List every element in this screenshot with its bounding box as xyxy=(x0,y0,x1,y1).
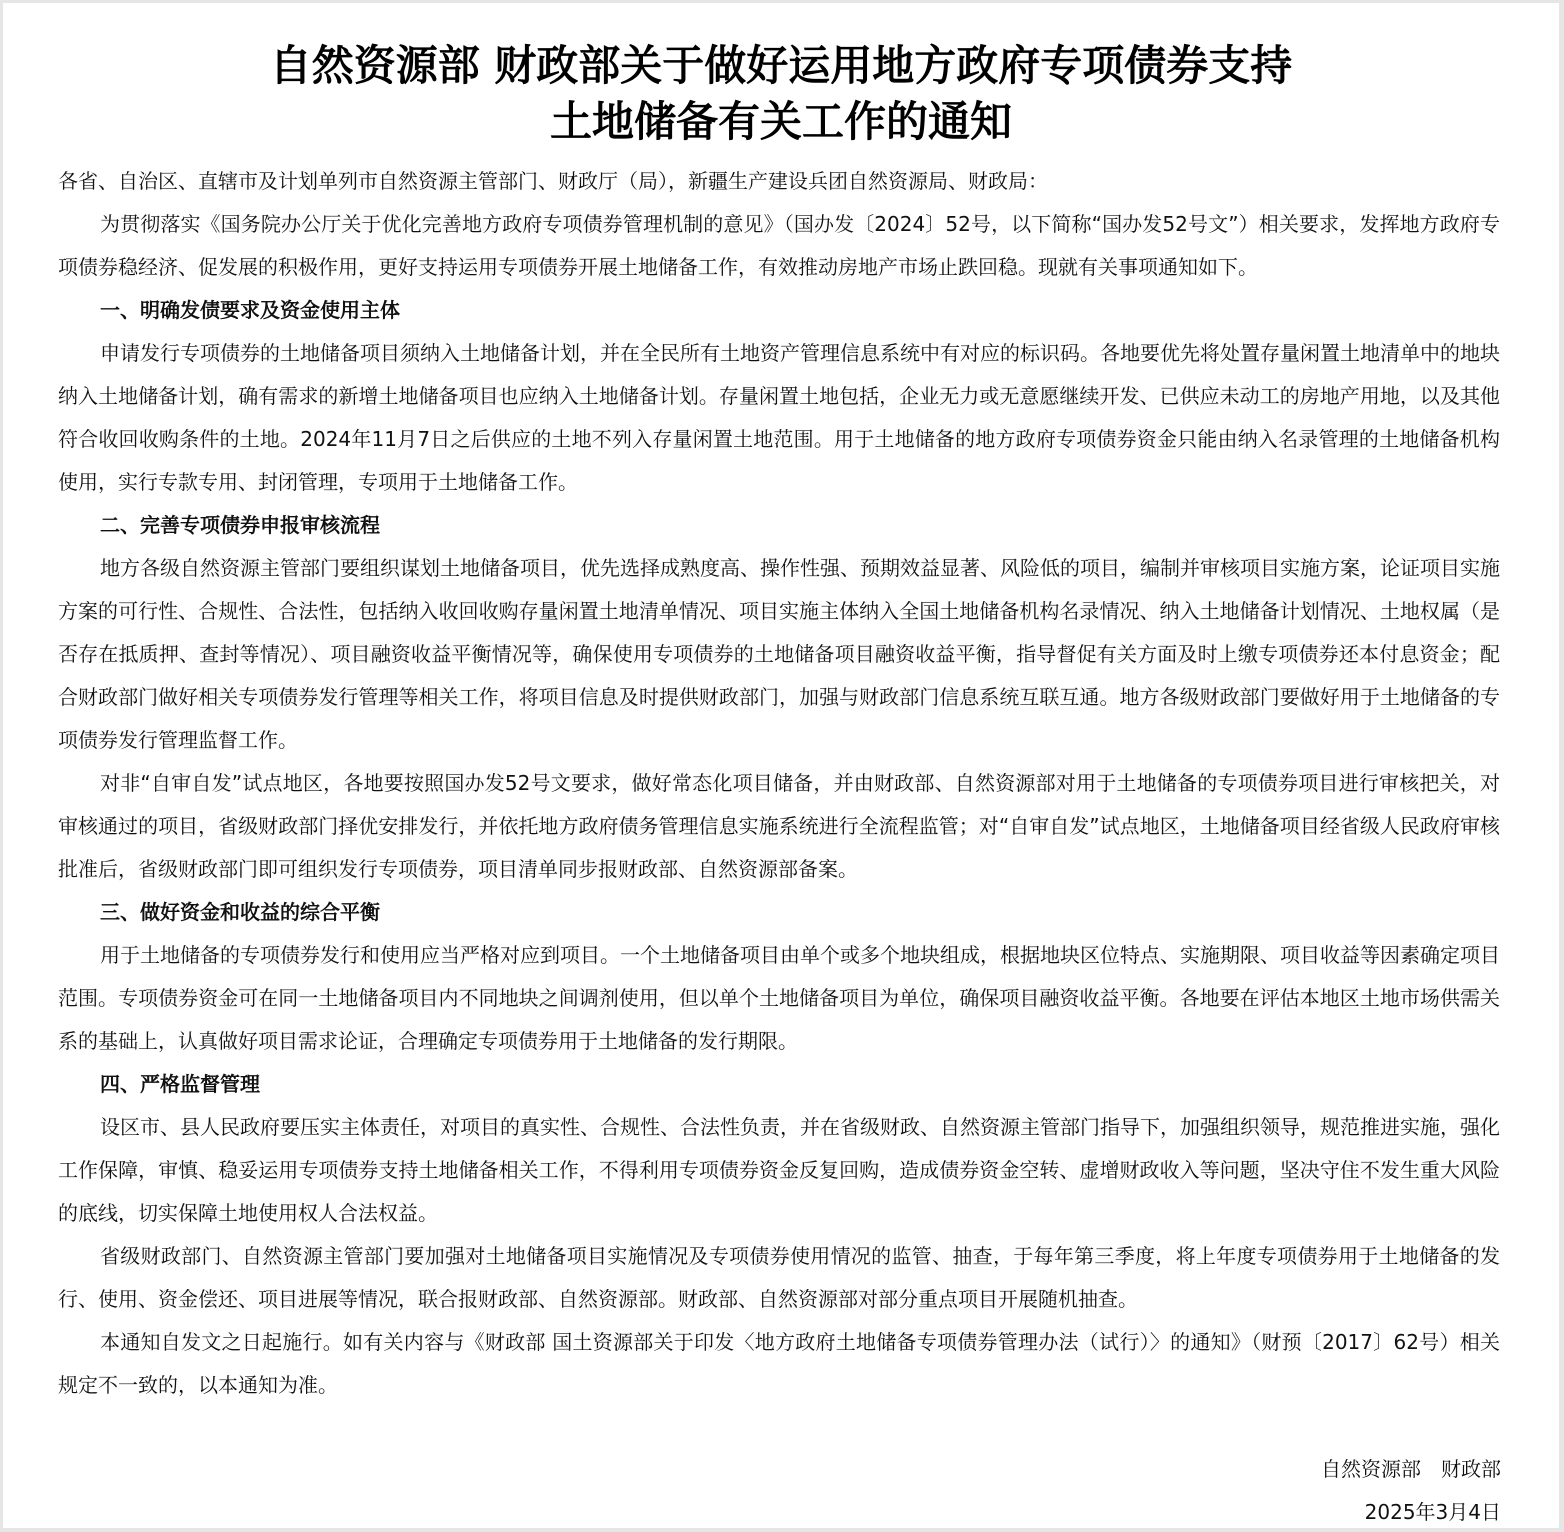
section-heading-3: 三、做好资金和收益的综合平衡 xyxy=(58,891,1500,934)
document-title-line2: 土地储备有关工作的通知 xyxy=(3,89,1559,149)
signature-organization: 自然资源部 财政部 xyxy=(1321,1453,1501,1482)
section-4-paragraph-2: 省级财政部门、自然资源主管部门要加强对土地储备项目实施情况及专项债券使用情况的监… xyxy=(58,1235,1500,1321)
section-2-paragraph-1: 地方各级自然资源主管部门要组织谋划土地储备项目，优先选择成熟度高、操作性强、预期… xyxy=(58,547,1500,762)
section-heading-1: 一、明确发债要求及资金使用主体 xyxy=(58,289,1500,332)
section-heading-2: 二、完善专项债券申报审核流程 xyxy=(58,504,1500,547)
section-4-paragraph-1: 设区市、县人民政府要压实主体责任，对项目的真实性、合规性、合法性负责，并在省级财… xyxy=(58,1106,1500,1235)
section-2-paragraph-2: 对非“自审自发”试点地区，各地要按照国办发52号文要求，做好常态化项目储备，并由… xyxy=(58,762,1500,891)
document-body: 各省、自治区、直辖市及计划单列市自然资源主管部门、财政厅（局），新疆生产建设兵团… xyxy=(58,160,1500,1407)
section-1-paragraph-1: 申请发行专项债券的土地储备项目须纳入土地储备计划，并在全民所有土地资产管理信息系… xyxy=(58,332,1500,504)
section-4-paragraph-3: 本通知自发文之日起施行。如有关内容与《财政部 国土资源部关于印发〈地方政府土地储… xyxy=(58,1321,1500,1407)
intro-paragraph: 为贯彻落实《国务院办公厅关于优化完善地方政府专项债券管理机制的意见》（国办发〔2… xyxy=(58,203,1500,289)
signature-date: 2025年3月4日 xyxy=(1365,1496,1501,1525)
section-heading-4: 四、严格监督管理 xyxy=(58,1063,1500,1106)
document-page: 自然资源部 财政部关于做好运用地方政府专项债券支持 土地储备有关工作的通知 各省… xyxy=(3,3,1559,1528)
addressee: 各省、自治区、直辖市及计划单列市自然资源主管部门、财政厅（局），新疆生产建设兵团… xyxy=(58,160,1500,203)
document-title-line1: 自然资源部 财政部关于做好运用地方政府专项债券支持 xyxy=(3,33,1559,93)
section-3-paragraph-1: 用于土地储备的专项债券发行和使用应当严格对应到项目。一个土地储备项目由单个或多个… xyxy=(58,934,1500,1063)
